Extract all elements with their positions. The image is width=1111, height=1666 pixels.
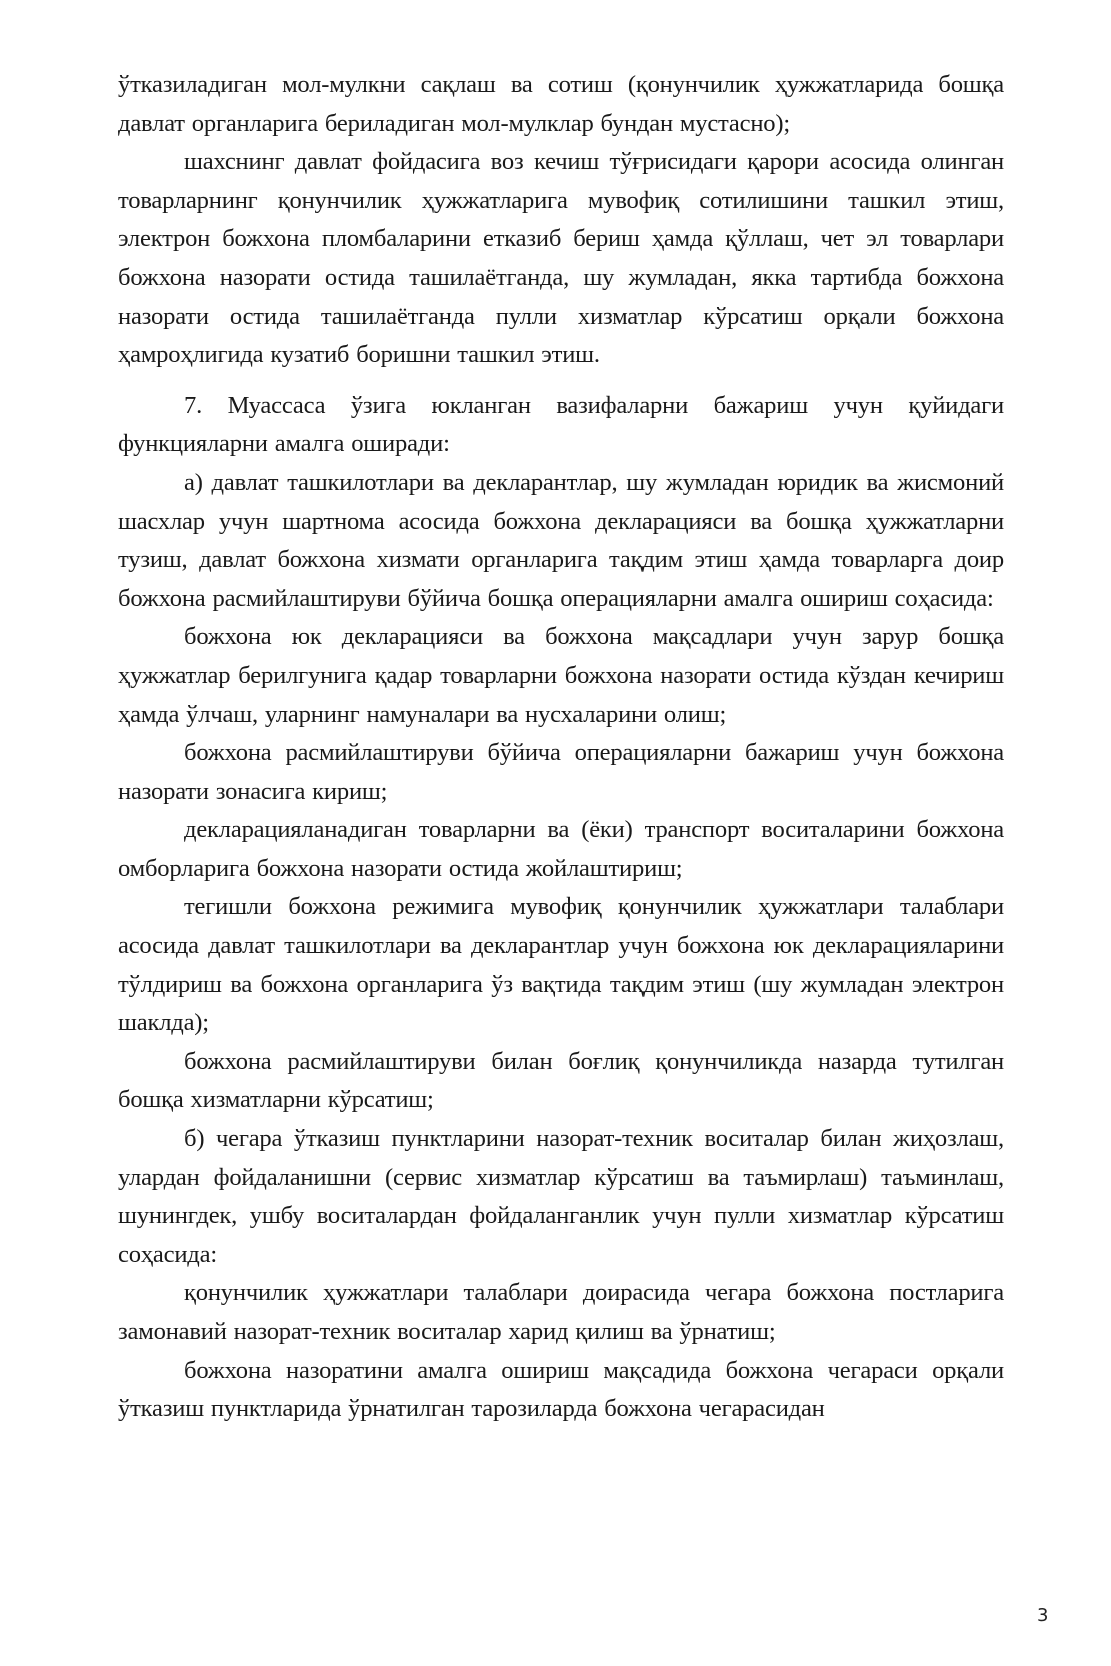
paragraph-abandonment-goods: шахснинг давлат фойдасига воз кечиш тўғр…: [118, 143, 1004, 375]
paragraph-warehousing: декларацияланадиган товарларни ва (ёки) …: [118, 811, 1004, 888]
paragraph-inspection: божхона юк декларацияси ва божхона мақса…: [118, 618, 1004, 734]
paragraph-zone-entry: божхона расмийлаштируви бўйича операциял…: [118, 734, 1004, 811]
document-page: ўтказиладиган мол-мулкни сақлаш ва сотиш…: [118, 66, 1004, 1429]
paragraph-scales: божхона назоратини амалга ошириш мақсади…: [118, 1352, 1004, 1429]
paragraph-declarations: тегишли божхона режимига мувофиқ қонунчи…: [118, 888, 1004, 1042]
paragraph-item-7b: б) чегара ўтказиш пунктларини назорат-те…: [118, 1120, 1004, 1274]
paragraph-equipment-purchase: қонунчилик ҳужжатлари талаблари доирасид…: [118, 1274, 1004, 1351]
paragraph-continuation: ўтказиладиган мол-мулкни сақлаш ва сотиш…: [118, 66, 1004, 143]
paragraph-other-services: божхона расмийлаштируви билан боғлиқ қон…: [118, 1043, 1004, 1120]
paragraph-item-7: 7. Муассаса ўзига юкланган вазифаларни б…: [118, 387, 1004, 464]
paragraph-item-7a: а) давлат ташкилотлари ва декларантлар, …: [118, 464, 1004, 618]
page-number: 3: [1037, 1605, 1048, 1626]
